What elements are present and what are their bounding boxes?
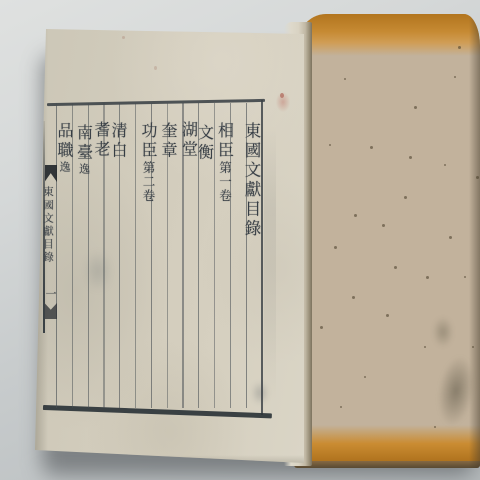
cover-speckle [424, 346, 426, 348]
stain [122, 36, 125, 39]
cover-speckle [329, 144, 331, 146]
cover-speckle [414, 106, 417, 109]
toc-column-label: 品職 [55, 122, 74, 161]
cover-speckle [434, 426, 436, 428]
cover-speckle [409, 156, 412, 159]
toc-column: 湖堂 [181, 121, 197, 160]
cover-speckle [382, 224, 385, 227]
cover-right-shadow [469, 14, 480, 468]
toc-column: 南臺逸 [76, 124, 92, 174]
toc-column-label: 南臺 [75, 124, 94, 163]
toc-column-label: 清白 [109, 122, 128, 161]
banxin-title: 東國文獻目錄 [43, 186, 54, 265]
toc-volume-label: 第一卷 [218, 161, 233, 203]
cover-speckle [344, 78, 346, 80]
stain [77, 242, 119, 300]
toc-column-label: 奎章 [159, 122, 178, 161]
cover-speckle [352, 296, 355, 299]
cover-speckle [340, 406, 342, 408]
cover-speckle [444, 164, 446, 166]
cover-speckle [370, 146, 373, 149]
toc-column-label: 功臣 [139, 122, 158, 161]
cover-bottom-edge [294, 461, 480, 468]
toc-note-label: 逸 [78, 163, 91, 174]
toc-column: 相臣第一卷 [217, 122, 233, 203]
cover-smudge-stain [428, 310, 458, 354]
cover-speckle [472, 346, 474, 348]
cover-speckle [476, 176, 479, 179]
toc-column-label: 湖堂 [180, 121, 199, 160]
toc-column-label: 東國文獻目錄 [242, 122, 261, 239]
toc-note-label: 逸 [58, 161, 71, 172]
cover-speckle [454, 76, 456, 78]
red-seal-stain [273, 88, 293, 116]
frame-top-rule [47, 99, 265, 107]
cover-speckle [426, 276, 429, 279]
frame-bottom-rule [43, 405, 272, 418]
stain [154, 66, 157, 70]
content-page: 東國文獻目錄 一 東國文獻目錄相臣第一卷文衡湖堂奎章功臣第二卷清白耆老南臺逸品職… [33, 26, 304, 467]
toc-volume-label: 第二卷 [141, 161, 156, 203]
cover-speckle [354, 214, 357, 217]
cover-top-dye-band [294, 14, 480, 56]
cover-speckle [404, 196, 407, 199]
toc-column: 清白 [110, 122, 126, 161]
cover-speckle [386, 314, 389, 317]
toc-column: 品職逸 [56, 122, 72, 172]
toc-column: 耆老 [93, 121, 109, 160]
toc-column: 功臣第二卷 [140, 122, 156, 203]
column-rule [135, 103, 136, 408]
cover-speckle [449, 236, 452, 239]
toc-column: 奎章 [160, 122, 176, 161]
red-seal-stain-dot [280, 93, 284, 98]
cover-speckle [394, 266, 397, 269]
toc-title-column: 東國文獻目錄 [243, 122, 260, 239]
cover-speckle [334, 246, 337, 249]
fish-tail-lower-icon [45, 303, 58, 319]
toc-column-label: 相臣 [216, 122, 235, 161]
frame-right-rule [261, 100, 263, 415]
toc-column-label: 耆老 [92, 121, 111, 160]
stain [247, 376, 273, 410]
banxin-page-number: 一 [45, 288, 56, 299]
stain [264, 126, 276, 402]
cover-speckle [364, 376, 366, 378]
cover-speckle [320, 326, 323, 329]
cover-speckle [458, 46, 461, 49]
front-cover [294, 14, 480, 468]
cover-speckle [464, 276, 466, 278]
photo-of-open-antique-book: 東國文獻目錄 一 東國文獻目錄相臣第一卷文衡湖堂奎章功臣第二卷清白耆老南臺逸品職… [0, 0, 480, 480]
